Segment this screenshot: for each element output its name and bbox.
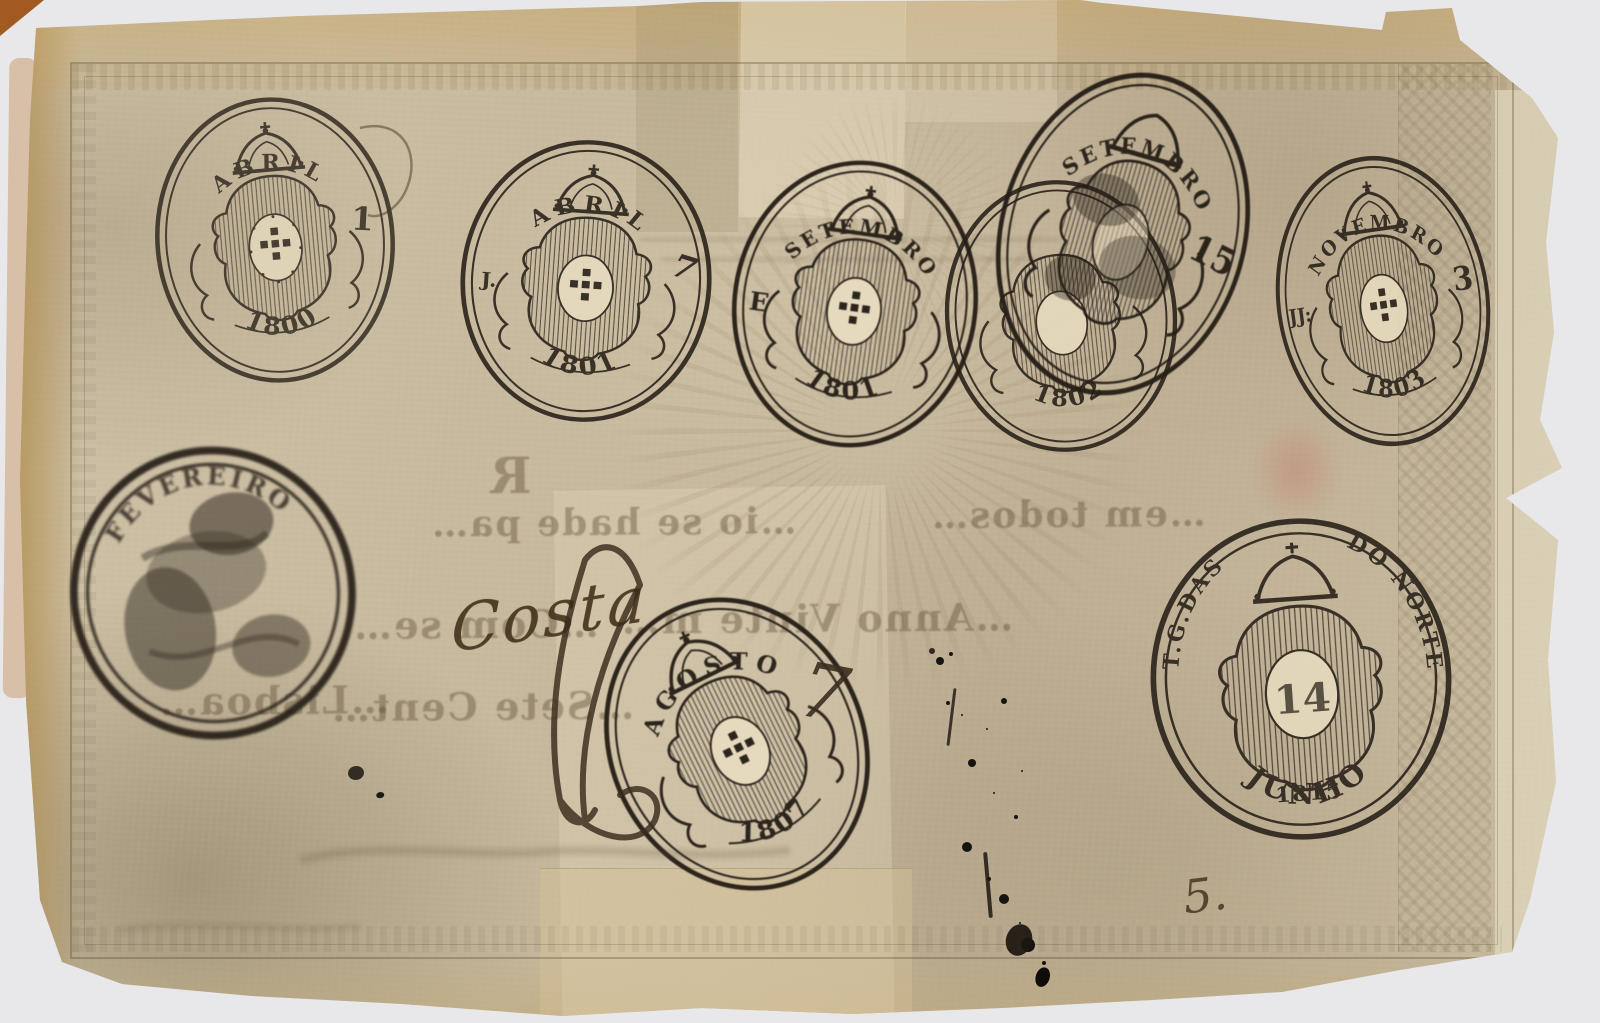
stamp-left-mark: J.: [478, 267, 497, 291]
photo-background: R …io se hade pa… …em todos… …Com se… …A…: [0, 0, 1600, 1023]
stamp-seal-graphic: ABRIL 1801 J. 7: [445, 126, 727, 436]
stamp-fevereiro-smudged: FEVEREIRO: [37, 414, 388, 772]
stamp-abril-1800: ABRIL 1800 1: [138, 82, 413, 399]
ghost-letter-r: R: [488, 446, 532, 505]
stamp-novembro-1803: NOVEMBRO 1803 JJ: 3: [1252, 136, 1514, 466]
stamp-right-mark: 3: [1450, 259, 1475, 300]
banknote-paper: R …io se hade pa… …em todos… …Com se… …A…: [0, 0, 1600, 1023]
stamp-year-text: 1815: [1275, 779, 1344, 808]
coat-of-arms: [209, 171, 343, 325]
stamp-center-mark: 14: [1272, 674, 1332, 724]
flourish-right: [342, 230, 367, 308]
ghost-text-fragment: …io se hade pa…: [430, 500, 797, 545]
flourish-left: [189, 243, 214, 321]
coat-of-arms: [517, 213, 654, 364]
stamp-seal-graphic: FEVEREIRO: [37, 414, 388, 772]
stamp-abril-1801: ABRIL 1801 J. 7: [445, 126, 727, 436]
crown-glyph: [1249, 540, 1337, 602]
stamp-right-mark: 7: [667, 246, 702, 289]
stamp-seal-graphic: 14 T.G.DAS DO NORTE JUNHO 1815: [1133, 501, 1470, 856]
stamp-left-mark: JJ:: [1286, 303, 1314, 330]
stamp-junho-1815: 14 T.G.DAS DO NORTE JUNHO 1815: [1133, 501, 1470, 856]
ink-splatter-dots: [929, 648, 935, 654]
stamp-right-mark: 1: [350, 200, 375, 239]
stamp-seal-graphic: ABRIL 1800 1: [138, 82, 413, 399]
stamp-left-mark: E: [747, 286, 770, 318]
stamp-right-mark: 15: [1183, 226, 1243, 286]
handwritten-5: 5.: [1180, 866, 1230, 925]
stamp-seal-graphic: NOVEMBRO 1803 JJ: 3: [1252, 136, 1514, 466]
